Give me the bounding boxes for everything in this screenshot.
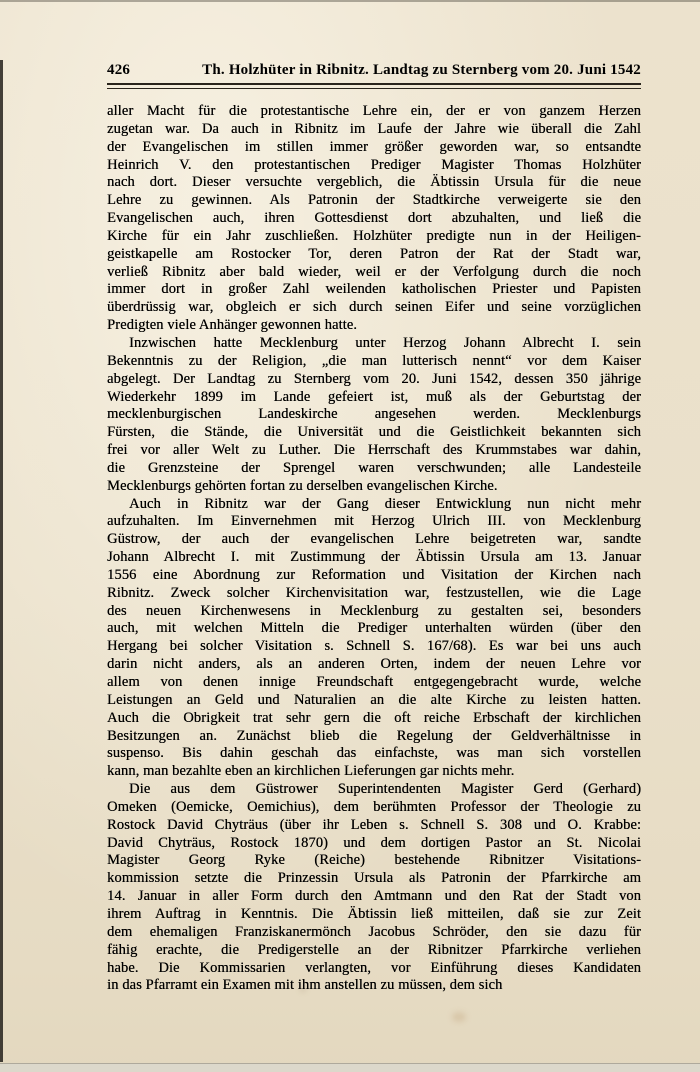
text-line: des neuen Kirchenwesens in Mecklenburg z… xyxy=(107,603,641,621)
text-line: Omeken (Oemicke, Oemichius), dem berühmt… xyxy=(107,799,641,817)
text-line: immer dort in großer Zahl weilenden kath… xyxy=(107,281,641,299)
text-line: kommission setzte die Prinzessin Ursula … xyxy=(107,870,641,888)
text-line: Kirche für ein Jahr zuschließen. Holzhüt… xyxy=(107,228,641,246)
scan-edge-top xyxy=(0,0,700,2)
running-title: Th. Holzhüter in Ribnitz. Landtag zu Ste… xyxy=(202,62,641,79)
text-line: Johann Albrecht I. mit Zustimmung der Äb… xyxy=(107,549,641,567)
text-line: darin nicht anders, als an anderen Orten… xyxy=(107,656,641,674)
scan-edge-left xyxy=(0,60,3,1062)
text-line: Leistungen an Geld und Naturalien an die… xyxy=(107,692,641,710)
text-line: auch, mit welchen Mitteln die Prediger u… xyxy=(107,620,641,638)
body-paragraphs: aller Macht für die protestantische Lehr… xyxy=(107,103,641,995)
text-line: Besitzungen an. Zunächst blieb die Regel… xyxy=(107,728,641,746)
text-line: allem von denen innige Freundschaft entg… xyxy=(107,674,641,692)
text-line: Fürsten, die Stände, die Universität und… xyxy=(107,424,641,442)
page-header: 426 Th. Holzhüter in Ribnitz. Landtag zu… xyxy=(107,62,641,89)
paragraph: Auch in Ribnitz war der Gang dieser Entw… xyxy=(107,496,641,782)
page-number: 426 xyxy=(107,62,130,79)
text-line: frei vor aller Welt zu Luther. Die Herrs… xyxy=(107,442,641,460)
text-line: Bekenntnis zu der Religion, „die man lut… xyxy=(107,353,641,371)
text-line: Auch die Obrigkeit trat sehr gern die of… xyxy=(107,710,641,728)
text-line: überdrüssig war, obgleich er sich durch … xyxy=(107,299,641,317)
paragraph: aller Macht für die protestantische Lehr… xyxy=(107,103,641,335)
text-line: fähig erachte, die Predigerstelle an der… xyxy=(107,942,641,960)
text-line: Wiederkehr 1899 im Lande gefeiert ist, m… xyxy=(107,389,641,407)
text-line: in das Pfarramt ein Examen mit ihm anste… xyxy=(107,977,641,995)
text-line: aller Macht für die protestantische Lehr… xyxy=(107,103,641,121)
text-line: habe. Die Kommissarien verlangten, vor E… xyxy=(107,960,641,978)
text-line: Evangelischen auch, ihren Gottesdienst d… xyxy=(107,210,641,228)
text-line: Heinrich V. den protestantischen Predige… xyxy=(107,157,641,175)
text-line: 1556 eine Abordnung zur Reformation und … xyxy=(107,567,641,585)
text-line: Die aus dem Güstrower Superintendenten M… xyxy=(107,781,641,799)
text-line: Hergang bei solcher Visitation s. Schnel… xyxy=(107,638,641,656)
text-line: Magister Georg Ryke (Reiche) bestehende … xyxy=(107,852,641,870)
paragraph: Die aus dem Güstrower Superintendenten M… xyxy=(107,781,641,995)
text-line: mecklenburgischen Landeskirche angesehen… xyxy=(107,406,641,424)
text-line: aufzuhalten. Im Einvernehmen mit Herzog … xyxy=(107,513,641,531)
text-line: Inzwischen hatte Mecklenburg unter Herzo… xyxy=(107,335,641,353)
text-line: zugetan war. Da auch in Ribnitz im Laufe… xyxy=(107,121,641,139)
text-line: 14. Januar in aller Form durch den Amtma… xyxy=(107,888,641,906)
text-line: geistkapelle am Rostocker Tor, deren Pat… xyxy=(107,246,641,264)
text-line: Ribnitz. Zweck solcher Kirchenvisitation… xyxy=(107,585,641,603)
text-line: verließ Ribnitz aber bald wieder, weil e… xyxy=(107,264,641,282)
scan-edge-bottom xyxy=(0,1063,700,1072)
text-line: nach dort. Dieser versuchte vergeblich, … xyxy=(107,174,641,192)
text-line: suspenso. Bis dahin geschah das einfachs… xyxy=(107,745,641,763)
text-line: Auch in Ribnitz war der Gang dieser Entw… xyxy=(107,496,641,514)
text-line: kann, man bezahlte eben an kirchlichen L… xyxy=(107,763,641,781)
text-line: der Evangelischen im stillen immer größe… xyxy=(107,139,641,157)
text-line: Rostock David Chyträus (über ihr Leben s… xyxy=(107,817,641,835)
text-line: Güstrow, der auch der evangelischen Lehr… xyxy=(107,531,641,549)
page-body: aller Macht für die protestantische Lehr… xyxy=(107,103,641,995)
text-line: David Chyträus, Rostock 1870) und dem do… xyxy=(107,835,641,853)
text-line: dem ehemaligen Franziskanermönch Jacobus… xyxy=(107,924,641,942)
text-line: die Grenzsteine der Sprengel waren versc… xyxy=(107,460,641,478)
text-line: Predigten viele Anhänger gewonnen hatte. xyxy=(107,317,641,335)
paragraph: Inzwischen hatte Mecklenburg unter Herzo… xyxy=(107,335,641,496)
text-line: Lehre zu gewinnen. Als Patronin der Stad… xyxy=(107,192,641,210)
text-line: abgelegt. Der Landtag zu Sternberg vom 2… xyxy=(107,371,641,389)
text-line: Mecklenburgs gehörten fortan zu derselbe… xyxy=(107,478,641,496)
header-double-rule xyxy=(107,83,641,89)
text-line: ihrem Auftrag in Kenntnis. Die Äbtissin … xyxy=(107,906,641,924)
